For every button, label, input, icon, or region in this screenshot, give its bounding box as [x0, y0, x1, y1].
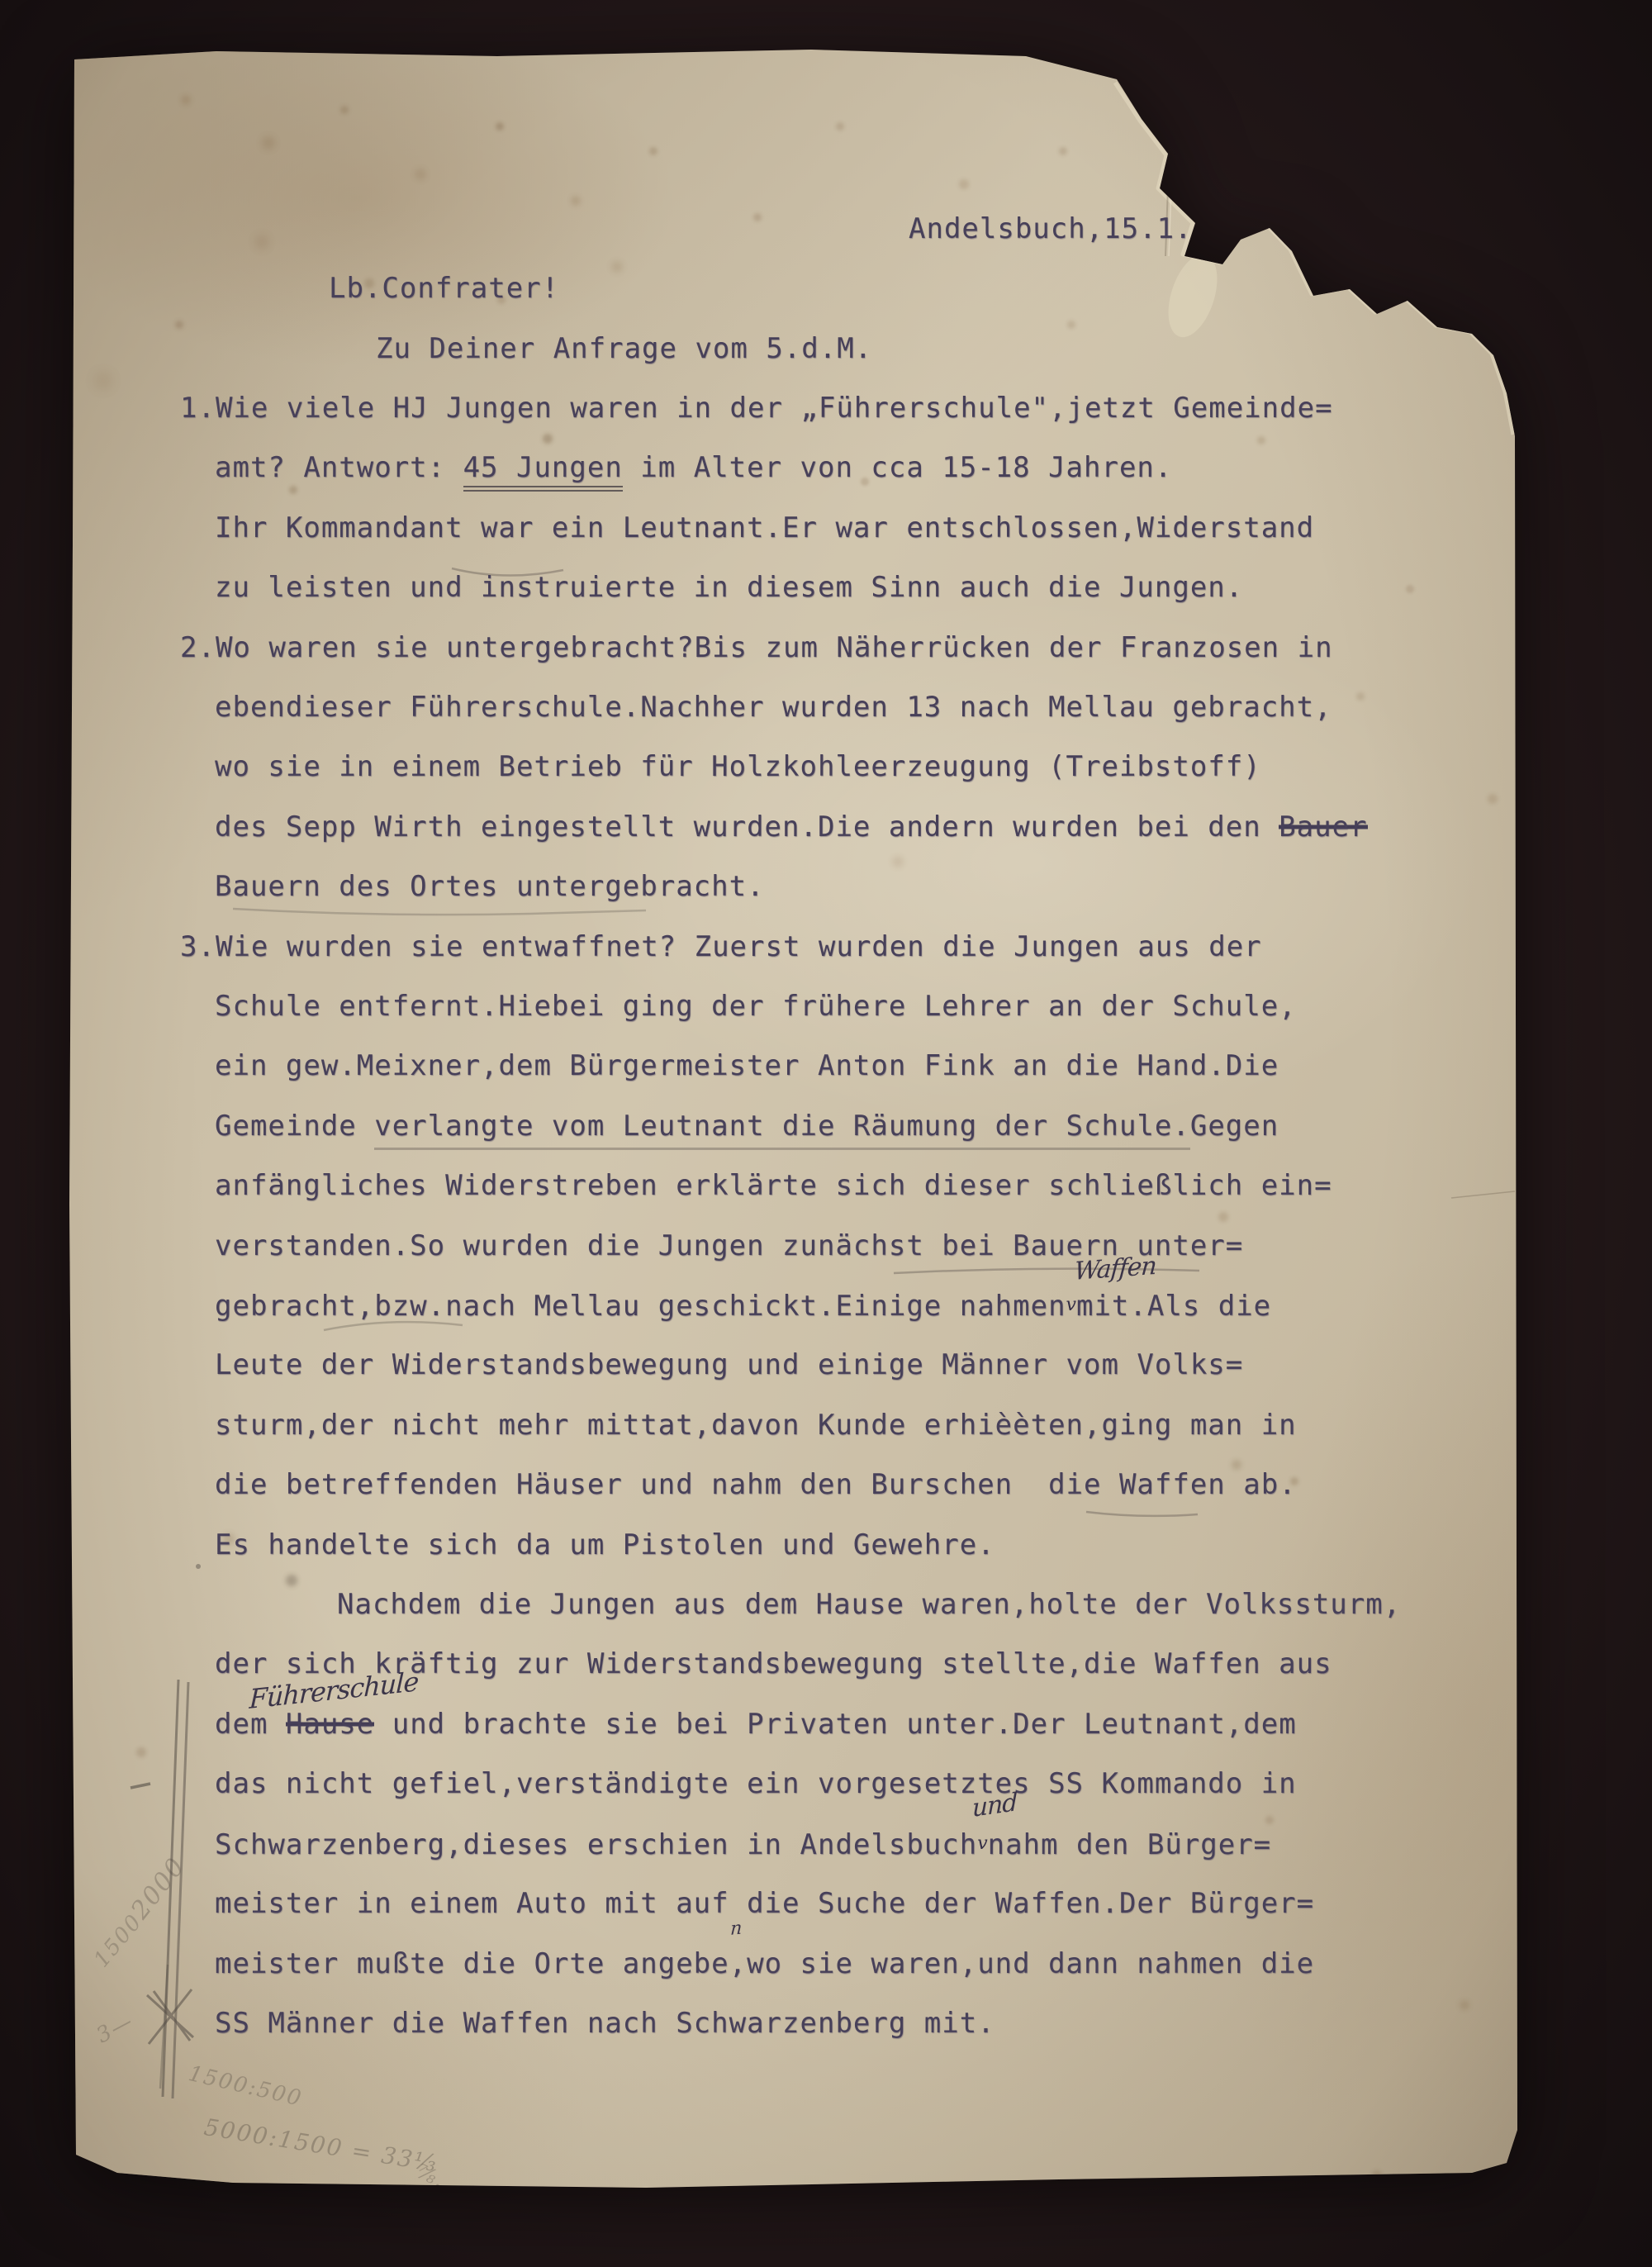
segment-text: Gegen: [1190, 1110, 1279, 1143]
segment-text: Ihr Kommandant war ein Leutnant.Er war e…: [215, 511, 1314, 544]
handwritten-insertion: Waffen: [1073, 1248, 1157, 1290]
segment-text: gebracht,bzw.nach Mellau geschickt.Einig…: [215, 1290, 1066, 1323]
segment-caret: vWaffen: [1066, 1295, 1076, 1315]
typed-line: ein gew.Meixner,dem Bürgermeister Anton …: [215, 1048, 1279, 1086]
pencil-x-mark: [147, 1989, 193, 2044]
typed-line: ebendieser Führerschule.Nachher wurden 1…: [215, 689, 1332, 727]
segment-underline-faint: verlangte vom Leutnant die Räumung der S…: [374, 1110, 1190, 1150]
segment-text: das nicht gefiel,verständigte ein vorges…: [215, 1767, 1297, 1800]
edge-crack: [1451, 1191, 1515, 1198]
pencil-underline-waffen-ab: [1086, 1512, 1198, 1516]
typed-line: Bauern des Ortes untergebracht.: [215, 868, 765, 906]
segment-text: Schwarzenberg,dieses erschien in Andelsb…: [215, 1828, 977, 1861]
segment-text: meister mußte die Orte angebe: [215, 1947, 729, 1980]
typed-line: das nicht gefiel,verständigte ein vorges…: [215, 1766, 1297, 1804]
pencil-note: 1500: [89, 1909, 148, 1972]
tear-flap: [1159, 249, 1227, 344]
segment-underline-strong: 45 Jungen: [463, 451, 623, 492]
segment-text: Schule entfernt.Hiebei ging der frühere …: [215, 990, 1297, 1023]
salutation: Lb.Confrater!: [329, 270, 559, 308]
segment-strike: HauseFührerschule: [286, 1708, 374, 1741]
segment-text: die betreffenden Häuser und nahm den Bur…: [215, 1468, 1297, 1501]
pencil-margin-dash: [131, 1784, 150, 1788]
segment-text: 3.Wie wurden sie entwaffnet? Zuerst wurd…: [180, 930, 1262, 963]
typed-line: anfängliches Widerstreben erklärte sich …: [215, 1167, 1332, 1205]
typed-line: Es handelte sich da um Pistolen und Gewe…: [215, 1527, 995, 1565]
photograph-background: Andelsbuch,15.1. Lb.Confrater! Zu Deiner…: [0, 0, 1652, 2267]
segment-text: des Sepp Wirth eingestellt wurden.Die an…: [215, 810, 1279, 844]
pencil-note: 5000:1500 = 33⅓: [202, 2113, 440, 2177]
segment-text: Nachdem die Jungen aus dem Hause waren,h…: [337, 1588, 1401, 1621]
handwritten-insertion: n: [729, 1911, 742, 1949]
segment-text: meister in einem Auto mit auf die Suche …: [215, 1887, 1314, 1920]
typed-line: Gemeinde verlangte vom Leutnant die Räum…: [215, 1108, 1279, 1146]
pencil-note: 2000: [126, 1852, 192, 1925]
typed-line: wo sie in einem Betrieb für Holzkohleerz…: [215, 749, 1261, 787]
segment-text: Leute der Widerstandsbewegung und einige…: [215, 1348, 1243, 1381]
typed-line: des Sepp Wirth eingestellt wurden.Die an…: [215, 809, 1368, 847]
segment-text: Bauern des Ortes untergebracht.: [215, 870, 765, 903]
typed-line: meister mußte die Orte angeben,wo sie wa…: [215, 1945, 1314, 1983]
tear-edge-highlight: [1115, 83, 1513, 435]
typed-line: gebracht,bzw.nach Mellau geschickt.Einig…: [215, 1287, 1271, 1325]
letter-page-wrap: Andelsbuch,15.1. Lb.Confrater! Zu Deiner…: [68, 48, 1517, 2193]
segment-text: ebendieser Führerschule.Nachher wurden 1…: [215, 691, 1332, 724]
typed-line: 1.Wie viele HJ Jungen waren in der „Führ…: [180, 390, 1333, 428]
pencil-dot: [196, 1564, 201, 1569]
typed-line: die betreffenden Häuser und nahm den Bur…: [215, 1466, 1297, 1504]
pencil-underline-bauern: [233, 909, 646, 915]
letter-page: Andelsbuch,15.1. Lb.Confrater! Zu Deiner…: [68, 48, 1517, 2193]
pencil-note: 3—: [93, 2008, 138, 2048]
segment-text: ein gew.Meixner,dem Bürgermeister Anton …: [215, 1049, 1279, 1082]
foxing-stains: [68, 48, 73, 53]
segment-strike: Bauer: [1279, 810, 1367, 844]
segment-text: wo sie in einem Betrieb für Holzkohleerz…: [215, 750, 1261, 783]
typed-line: 3.Wie wurden sie entwaffnet? Zuerst wurd…: [180, 929, 1262, 967]
segment-text: 1.Wie viele HJ Jungen waren in der „Führ…: [180, 392, 1333, 425]
segment-text: anfängliches Widerstreben erklärte sich …: [215, 1169, 1332, 1202]
pencil-margin-line-3: [160, 1965, 168, 2089]
segment-text: Gemeinde: [215, 1110, 374, 1143]
typed-line: Nachdem die Jungen aus dem Hause waren,h…: [337, 1586, 1401, 1624]
typed-line: meister in einem Auto mit auf die Suche …: [215, 1885, 1314, 1923]
segment-text: im Alter von cca 15-18 Jahren.: [623, 451, 1173, 484]
segment-text: mit.Als die: [1076, 1290, 1271, 1323]
typed-line: sturm,der nicht mehr mittat,davon Kunde …: [215, 1407, 1297, 1445]
typed-line: amt? Antwort: 45 Jungen im Alter von cca…: [215, 449, 1172, 487]
segment-text: 2.Wo waren sie untergebracht?Bis zum Näh…: [180, 631, 1333, 664]
typed-line: Ihr Kommandant war ein Leutnant.Er war e…: [215, 510, 1314, 548]
segment-text: ,wo sie waren,und dann nahmen die: [729, 1947, 1315, 1980]
typed-line: zu leisten und instruierte in diesem Sin…: [215, 569, 1243, 607]
typed-line: 2.Wo waren sie untergebracht?Bis zum Näh…: [180, 630, 1333, 668]
segment-text: amt? Antwort:: [215, 451, 463, 484]
segment-caret: vund: [977, 1833, 987, 1854]
pencil-note: 1500:500: [186, 2061, 305, 2112]
typed-line: Schule entfernt.Hiebei ging der frühere …: [215, 988, 1297, 1026]
typed-line: dem HauseFührerschule und brachte sie be…: [215, 1706, 1297, 1744]
typed-line: Schwarzenberg,dieses erschien in Andelsb…: [215, 1826, 1271, 1864]
segment-text: zu leisten und instruierte in diesem Sin…: [215, 571, 1243, 604]
segment-text: SS Männer die Waffen nach Schwarzenberg …: [215, 2007, 995, 2040]
typed-line: Leute der Widerstandsbewegung und einige…: [215, 1347, 1243, 1385]
segment-text: Es handelte sich da um Pistolen und Gewe…: [215, 1528, 995, 1561]
segment-text: und brachte sie bei Privaten unter.Der L…: [374, 1708, 1296, 1741]
handwritten-insertion: und: [972, 1785, 1017, 1827]
typed-line: SS Männer die Waffen nach Schwarzenberg …: [215, 2005, 995, 2043]
intro-line: Zu Deiner Anfrage vom 5.d.M.: [376, 330, 872, 368]
segment-text: nahm den Bürger=: [988, 1828, 1272, 1861]
dateline: Andelsbuch,15.1.: [909, 211, 1193, 249]
segment-text: sturm,der nicht mehr mittat,davon Kunde …: [215, 1409, 1297, 1442]
